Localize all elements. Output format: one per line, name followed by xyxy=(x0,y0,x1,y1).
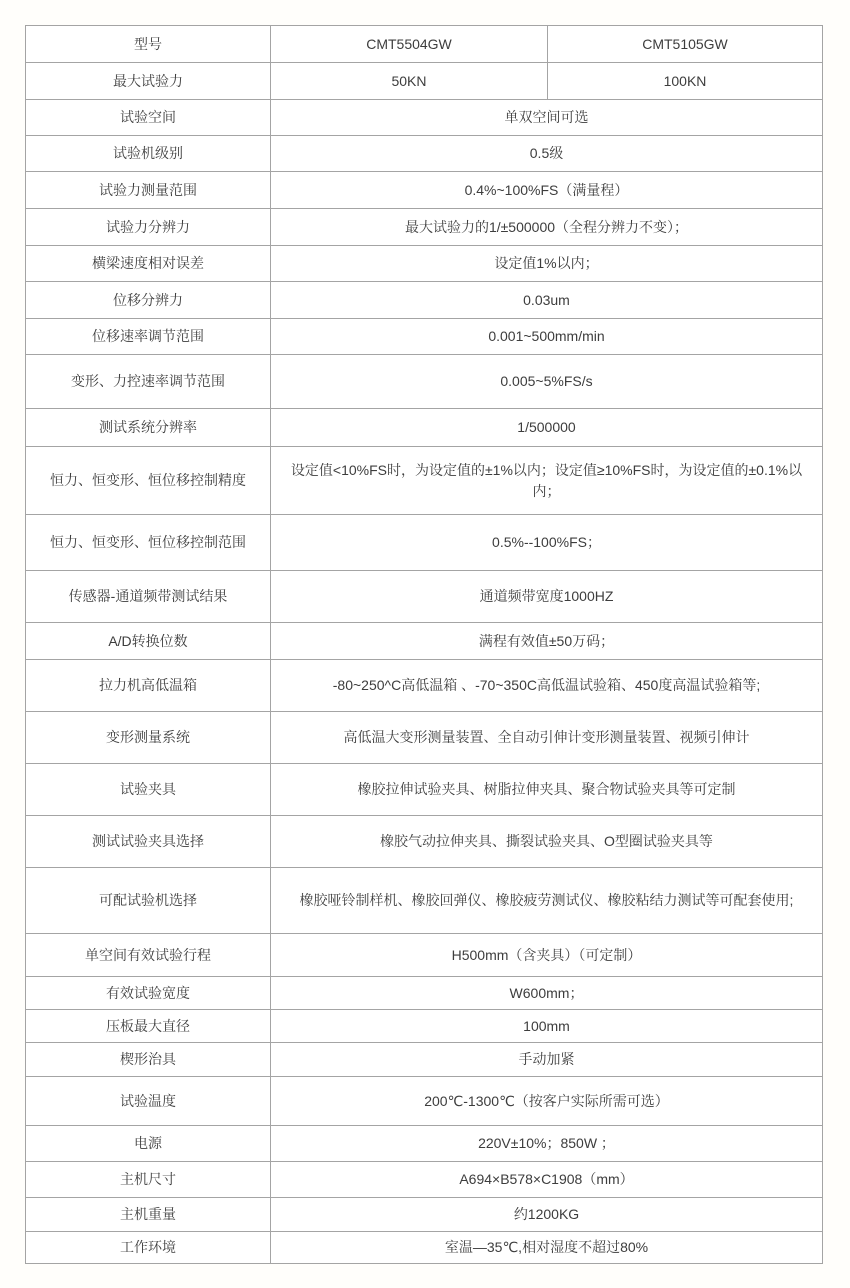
page: 型号CMT5504GWCMT5105GW最大试验力50KN100KN试验空间单双… xyxy=(0,0,850,1288)
spec-value: 满程有效值±50万码； xyxy=(271,623,822,659)
table-row: 恒力、恒变形、恒位移控制范围0.5%--100%FS； xyxy=(26,514,822,570)
spec-value: CMT5105GW xyxy=(547,26,822,62)
spec-label: 试验机级别 xyxy=(26,136,271,171)
spec-value: W600mm； xyxy=(271,977,822,1009)
spec-label: 恒力、恒变形、恒位移控制精度 xyxy=(26,447,271,514)
spec-label: 测试试验夹具选择 xyxy=(26,816,271,867)
spec-label: 恒力、恒变形、恒位移控制范围 xyxy=(26,515,271,570)
table-row: A/D转换位数满程有效值±50万码； xyxy=(26,622,822,659)
spec-label: 拉力机高低温箱 xyxy=(26,660,271,711)
spec-value: 1/500000 xyxy=(271,409,822,446)
table-row: 试验温度200℃-1300℃（按客户实际所需可选） xyxy=(26,1076,822,1125)
table-row: 工作环境室温—35℃,相对湿度不超过80% xyxy=(26,1231,822,1263)
spec-value: 50KN xyxy=(271,63,547,99)
spec-label: 最大试验力 xyxy=(26,63,271,99)
spec-value: 220V±10%；850W ； xyxy=(271,1126,822,1161)
spec-value: 200℃-1300℃（按客户实际所需可选） xyxy=(271,1077,822,1125)
spec-value: 约1200KG xyxy=(271,1198,822,1231)
table-row: 变形测量系统高低温大变形测量装置、全自动引伸计变形测量装置、视频引伸计 xyxy=(26,711,822,763)
spec-value: 室温—35℃,相对湿度不超过80% xyxy=(271,1232,822,1263)
spec-value: -80~250^C高低温箱 、-70~350C高低温试验箱、450度高温试验箱等… xyxy=(271,660,822,711)
table-row: 电源220V±10%；850W ； xyxy=(26,1125,822,1161)
table-row: 位移分辨力0.03um xyxy=(26,281,822,318)
spec-value: 100mm xyxy=(271,1010,822,1042)
spec-label: 变形测量系统 xyxy=(26,712,271,763)
spec-label: 型号 xyxy=(26,26,271,62)
spec-label: 试验温度 xyxy=(26,1077,271,1125)
table-row: 试验机级别0.5级 xyxy=(26,135,822,171)
spec-value: 高低温大变形测量装置、全自动引伸计变形测量装置、视频引伸计 xyxy=(271,712,822,763)
spec-value: 通道频带宽度1000HZ xyxy=(271,571,822,622)
table-row: 拉力机高低温箱-80~250^C高低温箱 、-70~350C高低温试验箱、450… xyxy=(26,659,822,711)
table-row: 恒力、恒变形、恒位移控制精度设定值<10%FS时，为设定值的±1%以内；设定值≥… xyxy=(26,446,822,514)
spec-label: 位移分辨力 xyxy=(26,282,271,318)
spec-label: 电源 xyxy=(26,1126,271,1161)
spec-label: 传感器-通道频带测试结果 xyxy=(26,571,271,622)
spec-label: 试验力分辨力 xyxy=(26,209,271,245)
spec-value: H500mm（含夹具）（可定制） xyxy=(271,934,822,976)
spec-label: 工作环境 xyxy=(26,1232,271,1263)
table-row: 主机尺寸A694×B578×C1908（mm） xyxy=(26,1161,822,1197)
spec-label: 可配试验机选择 xyxy=(26,868,271,933)
table-row: 试验空间单双空间可选 xyxy=(26,99,822,135)
table-row: 楔形治具手动加紧 xyxy=(26,1042,822,1076)
spec-value: 橡胶拉伸试验夹具、树脂拉伸夹具、聚合物试验夹具等可定制 xyxy=(271,764,822,815)
spec-value: 设定值1%以内； xyxy=(271,246,822,281)
spec-label: 测试系统分辨率 xyxy=(26,409,271,446)
spec-label: 楔形治具 xyxy=(26,1043,271,1076)
spec-label: 有效试验宽度 xyxy=(26,977,271,1009)
table-row: 单空间有效试验行程H500mm（含夹具）（可定制） xyxy=(26,933,822,976)
spec-value: 最大试验力的1/±500000（全程分辨力不变）； xyxy=(271,209,822,245)
spec-label: 变形、力控速率调节范围 xyxy=(26,355,271,408)
table-row: 变形、力控速率调节范围0.005~5%FS/s xyxy=(26,354,822,408)
spec-value: 手动加紧 xyxy=(271,1043,822,1076)
table-row: 最大试验力50KN100KN xyxy=(26,62,822,99)
spec-label: 试验夹具 xyxy=(26,764,271,815)
spec-label: 压板最大直径 xyxy=(26,1010,271,1042)
table-row: 试验力分辨力最大试验力的1/±500000（全程分辨力不变）； xyxy=(26,208,822,245)
spec-value: A694×B578×C1908（mm） xyxy=(271,1162,822,1197)
spec-value: 0.4%~100%FS（满量程） xyxy=(271,172,822,208)
spec-label: A/D转换位数 xyxy=(26,623,271,659)
spec-label: 试验力测量范围 xyxy=(26,172,271,208)
table-row: 试验夹具橡胶拉伸试验夹具、树脂拉伸夹具、聚合物试验夹具等可定制 xyxy=(26,763,822,815)
table-row: 型号CMT5504GWCMT5105GW xyxy=(26,26,822,62)
spec-label: 主机重量 xyxy=(26,1198,271,1231)
table-row: 位移速率调节范围0.001~500mm/min xyxy=(26,318,822,354)
table-row: 测试系统分辨率1/500000 xyxy=(26,408,822,446)
spec-label: 位移速率调节范围 xyxy=(26,319,271,354)
table-row: 试验力测量范围0.4%~100%FS（满量程） xyxy=(26,171,822,208)
table-row: 主机重量约1200KG xyxy=(26,1197,822,1231)
spec-label: 试验空间 xyxy=(26,100,271,135)
table-row: 可配试验机选择橡胶哑铃制样机、橡胶回弹仪、橡胶疲劳测试仪、橡胶粘结力测试等可配套… xyxy=(26,867,822,933)
spec-value: 0.005~5%FS/s xyxy=(271,355,822,408)
table-row: 横梁速度相对误差设定值1%以内； xyxy=(26,245,822,281)
table-row: 传感器-通道频带测试结果通道频带宽度1000HZ xyxy=(26,570,822,622)
spec-value: 100KN xyxy=(547,63,822,99)
table-row: 有效试验宽度W600mm； xyxy=(26,976,822,1009)
spec-table: 型号CMT5504GWCMT5105GW最大试验力50KN100KN试验空间单双… xyxy=(25,25,823,1264)
spec-value: CMT5504GW xyxy=(271,26,547,62)
spec-value: 橡胶气动拉伸夹具、撕裂试验夹具、O型圈试验夹具等 xyxy=(271,816,822,867)
spec-label: 单空间有效试验行程 xyxy=(26,934,271,976)
spec-value: 橡胶哑铃制样机、橡胶回弹仪、橡胶疲劳测试仪、橡胶粘结力测试等可配套使用; xyxy=(271,868,822,933)
table-row: 测试试验夹具选择橡胶气动拉伸夹具、撕裂试验夹具、O型圈试验夹具等 xyxy=(26,815,822,867)
spec-value: 0.5%--100%FS； xyxy=(271,515,822,570)
spec-label: 主机尺寸 xyxy=(26,1162,271,1197)
table-row: 压板最大直径100mm xyxy=(26,1009,822,1042)
spec-value: 设定值<10%FS时，为设定值的±1%以内；设定值≥10%FS时，为设定值的±0… xyxy=(271,447,822,514)
spec-value: 0.001~500mm/min xyxy=(271,319,822,354)
spec-value: 0.03um xyxy=(271,282,822,318)
spec-label: 横梁速度相对误差 xyxy=(26,246,271,281)
spec-value: 0.5级 xyxy=(271,136,822,171)
spec-value: 单双空间可选 xyxy=(271,100,822,135)
